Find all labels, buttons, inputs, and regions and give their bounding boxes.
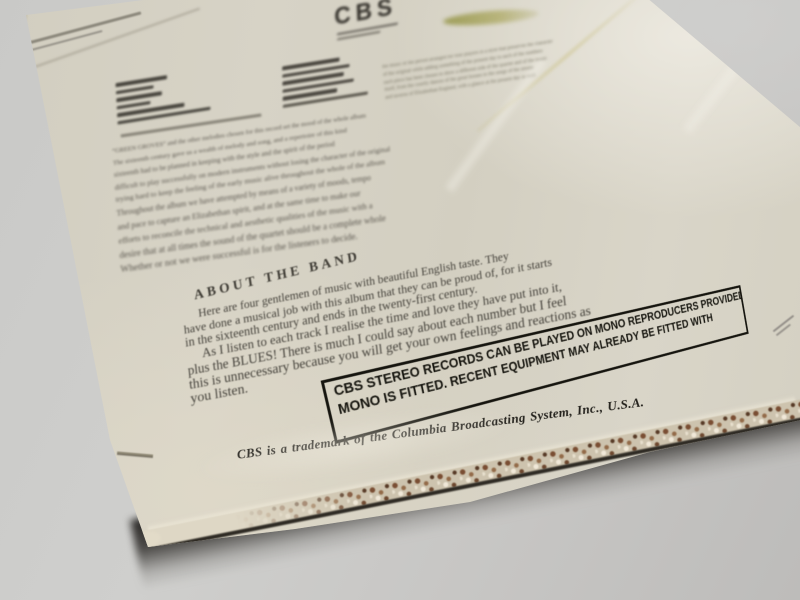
record-sleeve-back-cover: CBS the music of the period arran bbox=[0, 0, 800, 600]
cbs-logo-text: CBS bbox=[334, 0, 398, 31]
corner-label bbox=[23, 11, 143, 52]
yellow-smudge bbox=[443, 7, 540, 28]
track-list-right bbox=[282, 53, 368, 107]
edge-catalog-text bbox=[773, 315, 798, 337]
cbs-logo: CBS bbox=[334, 0, 398, 41]
label-line bbox=[23, 11, 141, 45]
track-list-left bbox=[115, 69, 210, 125]
corner-crack bbox=[117, 451, 153, 458]
track-line bbox=[115, 75, 167, 87]
sleeve-left-edge bbox=[0, 14, 27, 544]
corner-crease bbox=[0, 8, 200, 81]
photo-frame: CBS the music of the period arran bbox=[0, 0, 800, 600]
